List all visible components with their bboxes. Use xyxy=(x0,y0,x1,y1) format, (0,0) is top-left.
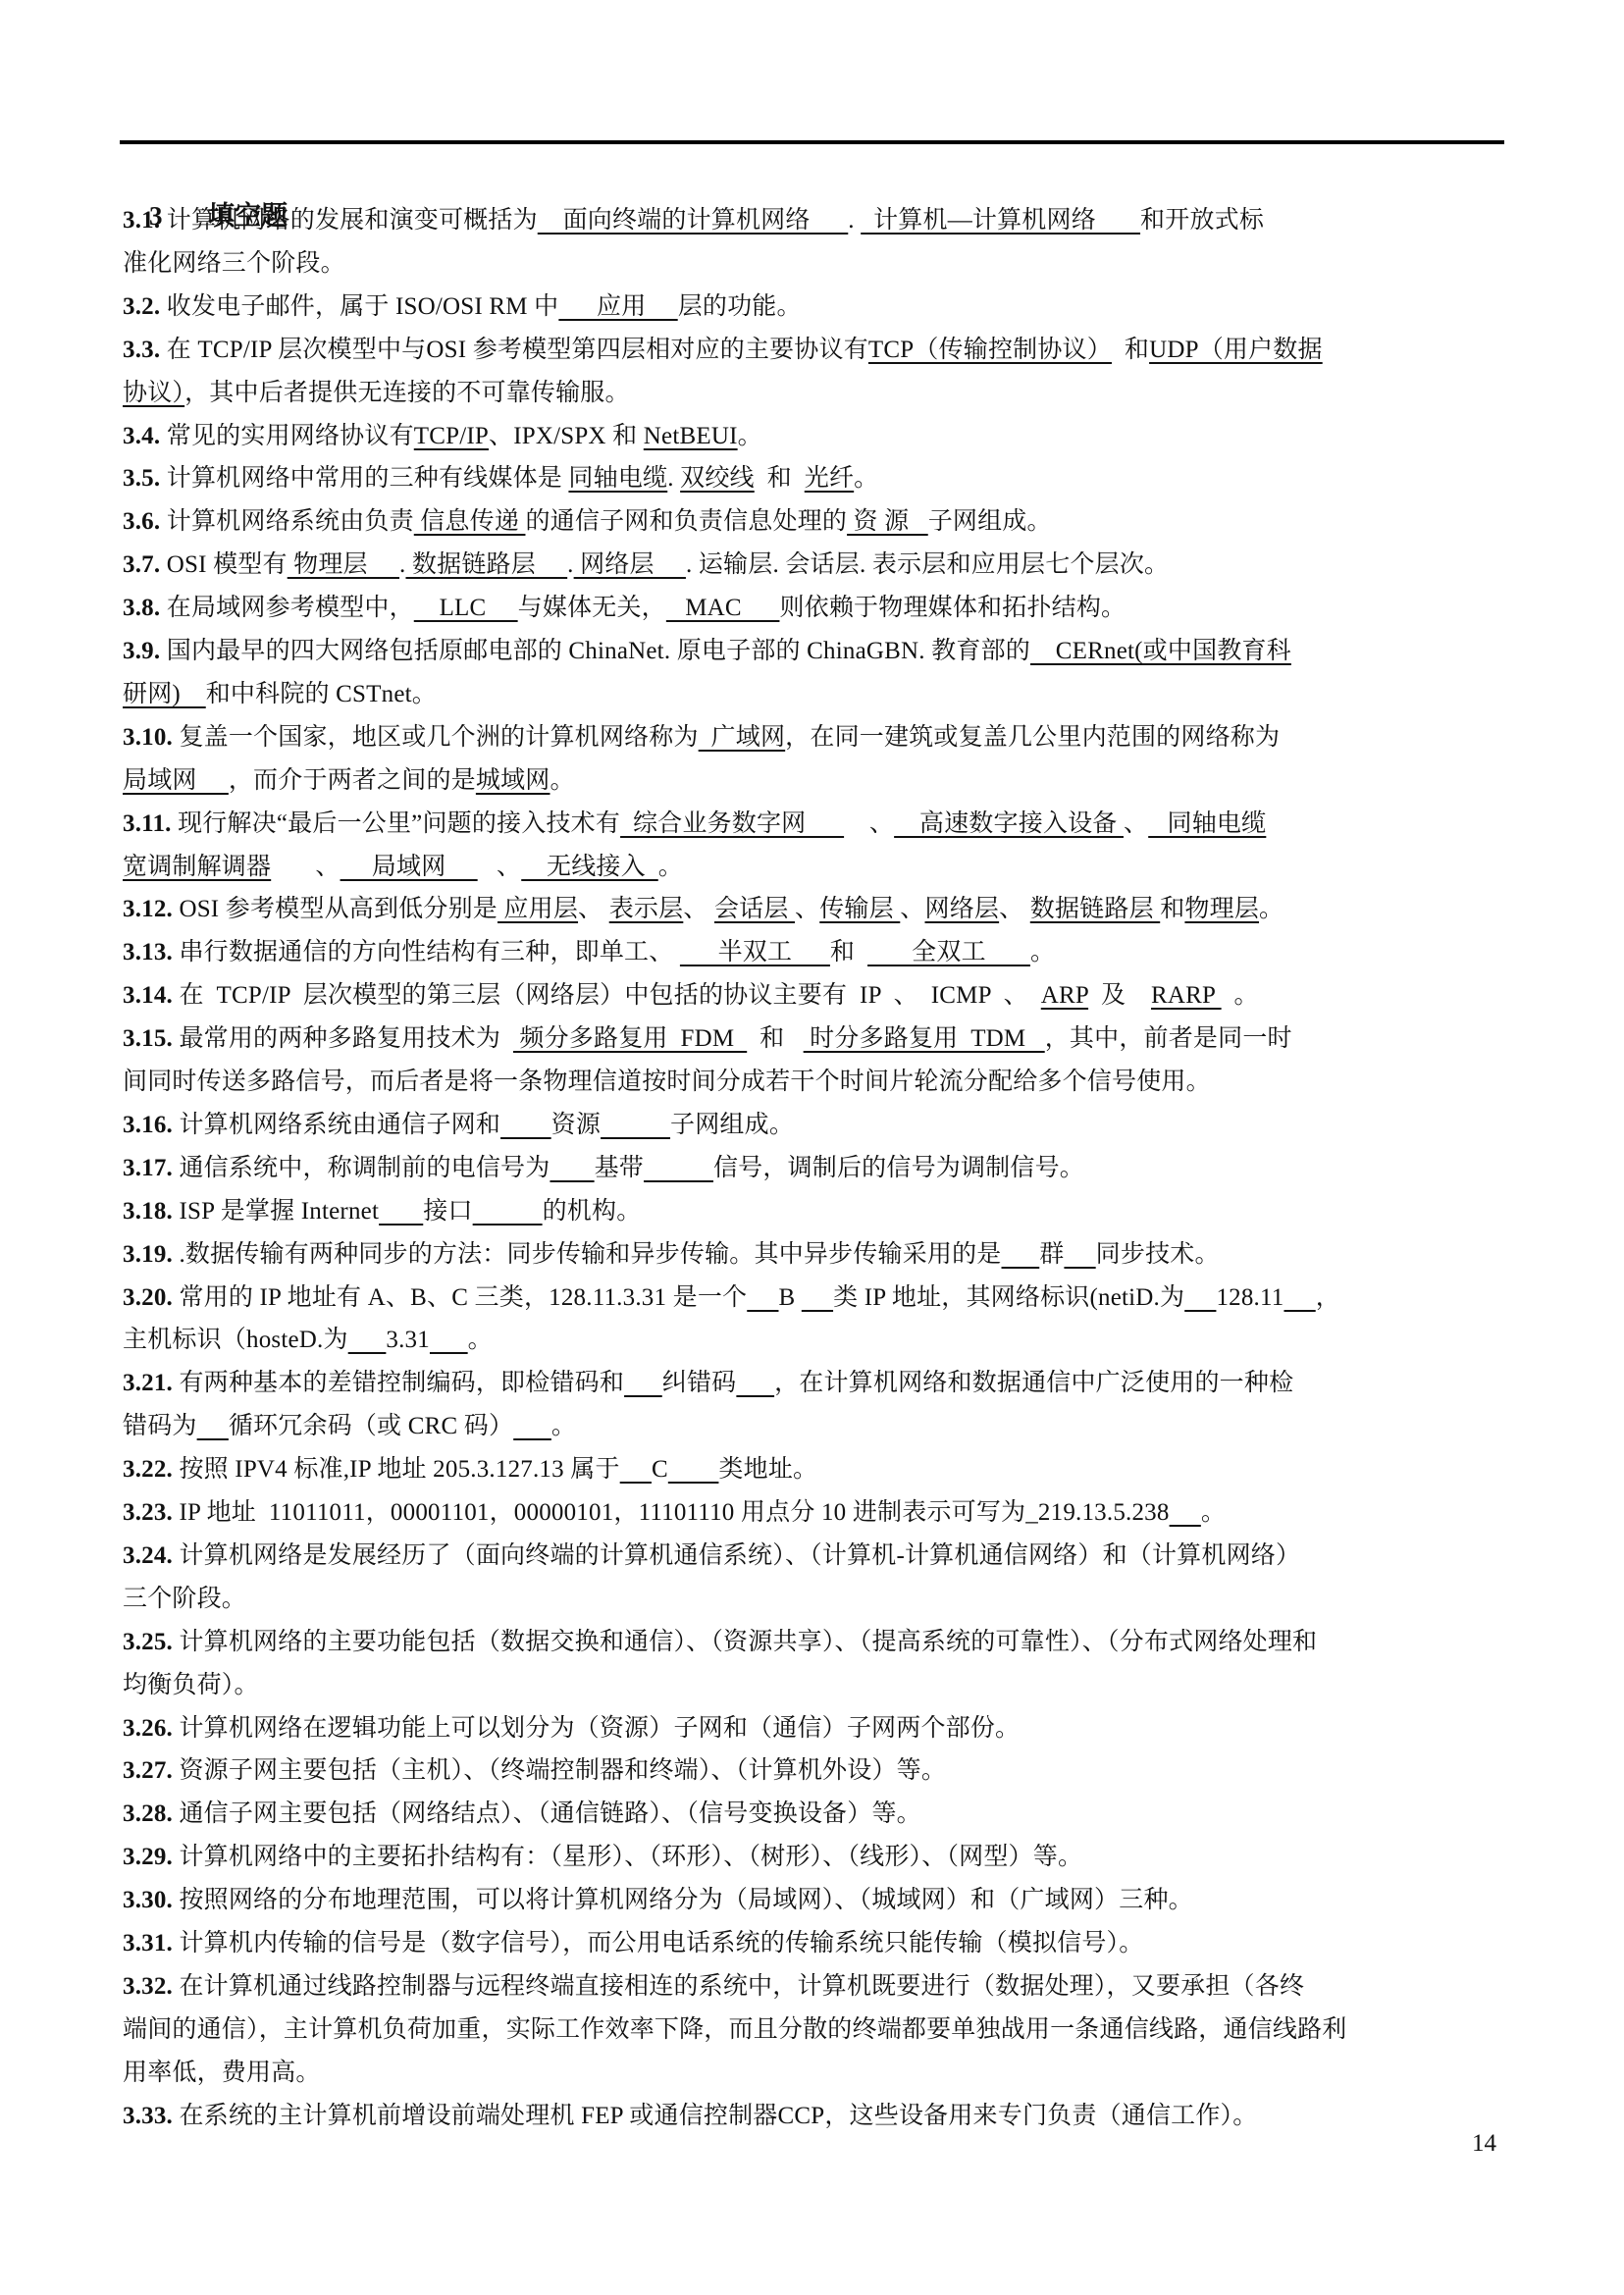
answer-blank: 应用层 xyxy=(498,896,578,922)
question-text: 计算机内传输的信号是（数字信号），而公用电话系统的传输系统只能传输（模拟信号）。 xyxy=(173,1930,1143,1956)
question-number: 3.14. xyxy=(123,982,173,1009)
question-text: ISP 是掌握 Internet xyxy=(173,1198,379,1225)
question-text: 、 xyxy=(795,896,819,922)
question-text: 、 xyxy=(478,854,522,880)
question-text: 有两种基本的差错控制编码，即检错码和 xyxy=(173,1370,624,1396)
question-text: 子网组成。 xyxy=(670,1112,794,1138)
question-line: 3.7. OSI 模型有 物理层 . 数据链路层 . 网络层 . 运输层. 会话… xyxy=(123,546,1169,585)
question-line: 3.30. 按照网络的分布地理范围，可以将计算机网络分为（局域网）、（城域网）和… xyxy=(123,1881,1193,1920)
question-text: . xyxy=(848,207,861,234)
question-line: 3.6. 计算机网络系统由负责 信息传递 的通信子网和负责信息处理的 资 源 子… xyxy=(123,502,1052,542)
answer-blank: 物理层 xyxy=(1184,896,1259,922)
question-text: .数据传输有两种同步的方法：同步传输和异步传输。其中异步传输采用的是 xyxy=(173,1241,1002,1268)
question-line: 3.19. .数据传输有两种同步的方法：同步传输和异步传输。其中异步传输采用的是… xyxy=(123,1235,1220,1275)
answer-blank: TCP/IP xyxy=(414,423,489,449)
answer-blank: 物理层 xyxy=(288,551,399,578)
question-text: 计算机网络的发展和演变可概括为 xyxy=(160,207,537,234)
question-number: 3.31. xyxy=(123,1930,173,1956)
question-text: ， xyxy=(1316,1284,1340,1311)
question-text: 和开放式标 xyxy=(1140,207,1264,234)
answer-blank: 无线接入 xyxy=(521,854,658,880)
question-continuation-line: 间同时传送多路信号，而后者是将一条物理信道按时间分成若干个时间片轮流分配给多个信… xyxy=(123,1063,1211,1102)
question-text: 。 xyxy=(1030,939,1055,965)
question-text: 则依赖于物理媒体和拓扑结构。 xyxy=(779,595,1126,621)
question-continuation-line: 准化网络三个阶段。 xyxy=(123,244,345,284)
question-text: 计算机网络是发展经历了（面向终端的计算机通信系统）、（计算机-计算机通信网络）和… xyxy=(173,1542,1300,1569)
question-text: 、 xyxy=(683,896,714,922)
answer-blank: 频分多路复用 FDM xyxy=(513,1025,747,1052)
question-line: 3.32. 在计算机通过线路控制器与远程终端直接相连的系统中，计算机既要进行（数… xyxy=(123,1967,1304,2007)
question-text: 。 xyxy=(550,767,574,794)
question-line: 3.17. 通信系统中，称调制前的电信号为 基带 信号，调制后的信号为调制信号。 xyxy=(123,1149,1084,1188)
question-number: 3.9. xyxy=(123,638,160,664)
question-text: 国内最早的四大网络包括原邮电部的 ChinaNet. 原电子部的 ChinaGB… xyxy=(160,638,1030,664)
question-number: 3.32. xyxy=(123,1973,173,2000)
answer-blank xyxy=(513,1413,551,1439)
question-text: 同步技术。 xyxy=(1096,1241,1220,1268)
question-line: 3.24. 计算机网络是发展经历了（面向终端的计算机通信系统）、（计算机-计算机… xyxy=(123,1537,1300,1576)
question-text: 、IPX/SPX 和 xyxy=(489,423,644,449)
answer-blank: 数据链路层 xyxy=(1030,896,1160,922)
answer-blank: 局域网 xyxy=(123,767,229,794)
question-line: 3.5. 计算机网络中常用的三种有线媒体是 同轴电缆. 双绞线 和 光纤。 xyxy=(123,459,878,498)
question-text: ，在计算机网络和数据通信中广泛使用的一种检 xyxy=(774,1370,1293,1396)
question-number: 3.16. xyxy=(123,1112,173,1138)
question-line: 3.23. IP 地址 11011011，00001101，00000101，1… xyxy=(123,1493,1226,1533)
answer-blank xyxy=(736,1370,774,1396)
question-text: 和 xyxy=(830,939,867,965)
question-number: 3.29. xyxy=(123,1844,173,1870)
question-text: 端间的通信），主计算机负荷加重，实际工作效率下降，而且分散的终端都要单独战用一条… xyxy=(123,2016,1347,2043)
document-page: 3填空题 3.1. 计算机网络的发展和演变可概括为 面向终端的计算机网络 . 计… xyxy=(0,0,1624,2295)
question-text: 用率低，费用高。 xyxy=(123,2060,321,2086)
question-line: 3.28. 通信子网主要包括（网络结点）、（通信链路）、（信号变换设备）等。 xyxy=(123,1795,921,1834)
question-text: 及 xyxy=(1088,982,1151,1009)
answer-blank xyxy=(550,1155,594,1181)
question-text: 串行数据通信的方向性结构有三种，即单工、 xyxy=(173,939,680,965)
question-number: 3.19. xyxy=(123,1241,173,1268)
question-line: 3.29. 计算机网络中的主要拓扑结构有：（星形）、（环形）、（树形）、（线形）… xyxy=(123,1838,1082,1877)
question-line: 3.10. 复盖一个国家，地区或几个洲的计算机网络称为 广域网，在同一建筑或复盖… xyxy=(123,718,1280,757)
question-line: 3.2. 收发电子邮件，属于 ISO/OSI RM 中 应用 层的功能。 xyxy=(123,287,802,327)
question-text: 。 xyxy=(1222,982,1259,1009)
question-continuation-line: 均衡负荷）。 xyxy=(123,1666,259,1705)
answer-blank: 资 源 xyxy=(847,508,928,535)
answer-blank: 宽调制解调器 xyxy=(123,854,271,880)
question-text: ，其中，前者是同一时 xyxy=(1045,1025,1292,1052)
question-text: 和 xyxy=(1160,896,1184,922)
answer-blank xyxy=(644,1155,713,1181)
question-line: 3.4. 常见的实用网络协议有TCP/IP、IPX/SPX 和 NetBEUI。 xyxy=(123,417,762,456)
question-text: 计算机网络的主要功能包括（数据交换和通信）、（资源共享）、（提高系统的可靠性）、… xyxy=(173,1629,1317,1655)
question-number: 3.23. xyxy=(123,1499,173,1526)
question-text: 。 xyxy=(658,854,683,880)
answer-blank: 综合业务数字网 xyxy=(620,810,844,837)
question-number: 3.3. xyxy=(123,337,160,363)
question-number: 3.21. xyxy=(123,1370,173,1396)
answer-blank: 协议） xyxy=(123,380,184,406)
question-line: 3.13. 串行数据通信的方向性结构有三种，即单工、 半双工 和 全双工 。 xyxy=(123,933,1055,972)
answer-blank xyxy=(668,1456,719,1483)
question-text: ，在同一建筑或复盖几公里内范围的网络称为 xyxy=(785,724,1280,751)
question-text: 、 xyxy=(900,896,924,922)
answer-blank: 信息传递 xyxy=(414,508,526,535)
answer-blank: 同轴电缆 xyxy=(568,465,667,492)
header-rule xyxy=(120,140,1504,144)
question-text: 最常用的两种多路复用技术为 xyxy=(173,1025,513,1052)
question-line: 3.27. 资源子网主要包括（主机）、（终端控制器和终端）、（计算机外设）等。 xyxy=(123,1751,946,1791)
answer-blank: 同轴电缆 xyxy=(1148,810,1266,837)
question-text: 主机标识（hosteD.为 xyxy=(123,1327,348,1353)
question-text: 的通信子网和负责信息处理的 xyxy=(525,508,847,535)
question-text: 计算机网络在逻辑功能上可以划分为（资源）子网和（通信）子网两个部份。 xyxy=(173,1715,1020,1742)
question-text: 现行解决“最后一公里”问题的接入技术有 xyxy=(172,810,620,837)
answer-blank: ARP xyxy=(1041,982,1088,1009)
question-number: 3.5. xyxy=(123,465,160,492)
section-heading: 3填空题 xyxy=(123,157,288,196)
question-text: 通信子网主要包括（网络结点）、（通信链路）、（信号变换设备）等。 xyxy=(173,1800,921,1827)
question-text: 与媒体无关， xyxy=(518,595,666,621)
answer-blank xyxy=(620,1456,652,1483)
question-number: 3.2. xyxy=(123,293,160,320)
answer-blank: 时分多路复用 TDM xyxy=(804,1025,1045,1052)
question-text: 循环冗余码（或 CRC 码） xyxy=(229,1413,513,1439)
question-text: 子网组成。 xyxy=(928,508,1052,535)
question-line: 3.31. 计算机内传输的信号是（数字信号），而公用电话系统的传输系统只能传输（… xyxy=(123,1924,1143,1963)
question-text: 间同时传送多路信号，而后者是将一条物理信道按时间分成若干个时间片轮流分配给多个信… xyxy=(123,1069,1211,1095)
question-number: 3.22. xyxy=(123,1456,173,1483)
question-text: 三个阶段。 xyxy=(123,1586,246,1612)
question-line: 3.25. 计算机网络的主要功能包括（数据交换和通信）、（资源共享）、（提高系统… xyxy=(123,1623,1317,1662)
question-continuation-line: 用率低，费用高。 xyxy=(123,2054,321,2093)
answer-blank: LLC xyxy=(414,595,518,621)
answer-blank: 局域网 xyxy=(341,854,478,880)
question-line: 3.22. 按照 IPV4 标准,IP 地址 205.3.127.13 属于 C… xyxy=(123,1450,817,1489)
answer-blank: 表示层 xyxy=(609,896,684,922)
question-line: 3.26. 计算机网络在逻辑功能上可以划分为（资源）子网和（通信）子网两个部份。 xyxy=(123,1709,1020,1748)
answer-blank: 广域网 xyxy=(699,724,786,751)
answer-blank: 面向终端的计算机网络 xyxy=(538,207,849,234)
answer-blank xyxy=(379,1198,423,1225)
question-number: 3.15. xyxy=(123,1025,173,1052)
answer-blank: 光纤 xyxy=(805,465,854,492)
question-text: . xyxy=(667,465,680,492)
question-line: 3.1. 计算机网络的发展和演变可概括为 面向终端的计算机网络 . 计算机—计算… xyxy=(123,201,1264,240)
question-text: 收发电子邮件，属于 ISO/OSI RM 中 xyxy=(160,293,558,320)
question-text: 3.31 xyxy=(386,1327,430,1353)
answer-blank xyxy=(473,1198,543,1225)
question-number: 3.24. xyxy=(123,1542,173,1569)
question-text: OSI 参考模型从高到低分别是 xyxy=(173,896,498,922)
answer-blank: 传输层 xyxy=(819,896,900,922)
answer-blank: 会话层 xyxy=(714,896,795,922)
question-text: 、 xyxy=(1124,810,1148,837)
question-number: 3.10. xyxy=(123,724,173,751)
question-continuation-line: 主机标识（hosteD.为 3.31 。 xyxy=(123,1321,493,1360)
question-line: 3.20. 常用的 IP 地址有 A、B、C 三类，128.11.3.31 是一… xyxy=(123,1278,1340,1318)
question-line: 3.15. 最常用的两种多路复用技术为 频分多路复用 FDM 和 时分多路复用 … xyxy=(123,1019,1292,1059)
question-number: 3.13. xyxy=(123,939,173,965)
question-text: 和 xyxy=(755,465,805,492)
question-text: 按照网络的分布地理范围，可以将计算机网络分为（局域网）、（城域网）和（广域网）三… xyxy=(173,1887,1193,1913)
question-number: 3.28. xyxy=(123,1800,173,1827)
answer-blank xyxy=(747,1284,778,1311)
answer-blank: 研网) xyxy=(123,681,206,707)
question-text: C xyxy=(652,1456,668,1483)
answer-blank: 双绞线 xyxy=(680,465,755,492)
question-number: 3.6. xyxy=(123,508,160,535)
answer-blank: 全双工 xyxy=(867,939,1030,965)
answer-blank xyxy=(1184,1284,1216,1311)
answer-blank: UDP（用户数据 xyxy=(1149,337,1323,363)
question-text: 计算机网络系统由通信子网和 xyxy=(173,1112,500,1138)
question-text: 接口 xyxy=(423,1198,472,1225)
answer-blank xyxy=(1283,1284,1315,1311)
answer-blank: 网络层 xyxy=(574,551,686,578)
question-text: 、 xyxy=(999,896,1030,922)
answer-blank xyxy=(1170,1499,1201,1526)
question-text: 基带 xyxy=(595,1155,644,1181)
question-number: 3.25. xyxy=(123,1629,173,1655)
question-number: 3.1. xyxy=(123,207,160,234)
question-text: 类 IP 地址，其网络标识(netiD.为 xyxy=(833,1284,1184,1311)
answer-blank: TCP（传输控制协议） xyxy=(868,337,1112,363)
question-text: 和中科院的 CSTnet。 xyxy=(206,681,437,707)
answer-blank xyxy=(802,1284,833,1311)
question-text: ，而介于两者之间的是 xyxy=(229,767,476,794)
question-text: 。 xyxy=(468,1327,493,1353)
question-continuation-line: 错码为 循环冗余码（或 CRC 码） 。 xyxy=(123,1407,576,1446)
page-number: 14 xyxy=(1472,2129,1496,2159)
question-continuation-line: 端间的通信），主计算机负荷加重，实际工作效率下降，而且分散的终端都要单独战用一条… xyxy=(123,2010,1347,2050)
question-text: 资源 xyxy=(551,1112,601,1138)
question-number: 3.30. xyxy=(123,1887,173,1913)
question-number: 3.8. xyxy=(123,595,160,621)
question-text: 通信系统中，称调制前的电信号为 xyxy=(173,1155,550,1181)
answer-blank: CERnet(或中国教育科 xyxy=(1030,638,1291,664)
answer-blank: 计算机—计算机网络 xyxy=(861,207,1140,234)
question-line: 3.12. OSI 参考模型从高到低分别是 应用层、 表示层、 会话层 、传输层… xyxy=(123,890,1283,929)
answer-blank xyxy=(197,1413,229,1439)
answer-blank: 城域网 xyxy=(476,767,550,794)
question-number: 3.20. xyxy=(123,1284,173,1311)
answer-blank xyxy=(430,1327,468,1353)
question-text: 常用的 IP 地址有 A、B、C 三类，128.11.3.31 是一个 xyxy=(173,1284,747,1311)
question-text: 计算机网络中的主要拓扑结构有：（星形）、（环形）、（树形）、（线形）、（网型）等… xyxy=(173,1844,1082,1870)
question-number: 3.7. xyxy=(123,551,160,578)
question-continuation-line: 三个阶段。 xyxy=(123,1580,246,1619)
question-text: 信号，调制后的信号为调制信号。 xyxy=(713,1155,1084,1181)
answer-blank: NetBEUI xyxy=(644,423,738,449)
question-text: IP 地址 11011011，00001101，00000101，1110111… xyxy=(173,1499,1170,1526)
question-text: 、 xyxy=(578,896,609,922)
question-number: 3.4. xyxy=(123,423,160,449)
question-text: B xyxy=(778,1284,801,1311)
answer-blank: 网络层 xyxy=(925,896,1000,922)
question-line: 3.21. 有两种基本的差错控制编码，即检错码和 纠错码 ，在计算机网络和数据通… xyxy=(123,1364,1293,1403)
question-text: 在 TCP/IP 层次模型中与OSI 参考模型第四层相对应的主要协议有 xyxy=(160,337,868,363)
question-text: 群 xyxy=(1039,1241,1064,1268)
question-text: 资源子网主要包括（主机）、（终端控制器和终端）、（计算机外设）等。 xyxy=(173,1757,946,1784)
answer-blank: 应用 xyxy=(558,293,677,320)
question-text: 在计算机通过线路控制器与远程终端直接相连的系统中，计算机既要进行（数据处理），又… xyxy=(173,1973,1304,2000)
question-text: 在局域网参考模型中， xyxy=(160,595,413,621)
question-text: 的机构。 xyxy=(543,1198,642,1225)
question-number: 3.27. xyxy=(123,1757,173,1784)
question-text: 层的功能。 xyxy=(678,293,802,320)
question-text: . 运输层. 会话层. 表示层和应用层七个层次。 xyxy=(686,551,1169,578)
answer-blank xyxy=(601,1112,670,1138)
question-text: ，其中后者提供无连接的不可靠传输服。 xyxy=(184,380,630,406)
question-text: 均衡负荷）。 xyxy=(123,1672,259,1698)
question-line: 3.14. 在 TCP/IP 层次模型的第三层（网络层）中包括的协议主要有 IP… xyxy=(123,976,1259,1016)
question-text: 复盖一个国家，地区或几个洲的计算机网络称为 xyxy=(173,724,699,751)
question-number: 3.26. xyxy=(123,1715,173,1742)
question-text: 纠错码 xyxy=(662,1370,737,1396)
question-number: 3.18. xyxy=(123,1198,173,1225)
question-line: 3.11. 现行解决“最后一公里”问题的接入技术有 综合业务数字网 、 高速数字… xyxy=(123,805,1266,844)
question-number: 3.11. xyxy=(123,810,172,837)
question-text: OSI 模型有 xyxy=(160,551,287,578)
answer-blank xyxy=(624,1370,662,1396)
question-text: 和 xyxy=(1112,337,1149,363)
question-continuation-line: 局域网 ，而介于两者之间的是城域网。 xyxy=(123,761,575,801)
question-line: 3.33. 在系统的主计算机前增设前端处理机 FEP 或通信控制器CCP，这些设… xyxy=(123,2097,1257,2136)
question-continuation-line: 宽调制解调器 、 局域网 、 无线接入 。 xyxy=(123,848,683,887)
question-text: 在 TCP/IP 层次模型的第三层（网络层）中包括的协议主要有 IP 、 ICM… xyxy=(173,982,1041,1009)
answer-blank xyxy=(348,1327,387,1353)
question-text: 按照 IPV4 标准,IP 地址 205.3.127.13 属于 xyxy=(173,1456,620,1483)
question-text: 常见的实用网络协议有 xyxy=(160,423,413,449)
question-text: 。 xyxy=(1259,896,1283,922)
answer-blank: 数据链路层 xyxy=(405,551,567,578)
question-number: 3.33. xyxy=(123,2103,173,2129)
question-text: 。 xyxy=(854,465,878,492)
question-text: 。 xyxy=(1201,1499,1226,1526)
answer-blank xyxy=(500,1112,551,1138)
question-text: 、 xyxy=(271,854,340,880)
answer-blank xyxy=(1002,1241,1040,1268)
question-text: 计算机网络中常用的三种有线媒体是 xyxy=(160,465,568,492)
answer-blank xyxy=(1064,1241,1095,1268)
question-line: 3.18. ISP 是掌握 Internet 接口 的机构。 xyxy=(123,1192,641,1231)
question-number: 3.17. xyxy=(123,1155,173,1181)
question-number: 3.12. xyxy=(123,896,173,922)
question-text: 128.11 xyxy=(1216,1284,1283,1311)
question-text: 、 xyxy=(844,810,894,837)
question-line: 3.3. 在 TCP/IP 层次模型中与OSI 参考模型第四层相对应的主要协议有… xyxy=(123,331,1323,370)
answer-blank: 高速数字接入设备 xyxy=(894,810,1124,837)
question-line: 3.8. 在局域网参考模型中， LLC 与媒体无关， MAC 则依赖于物理媒体和… xyxy=(123,589,1126,628)
question-text: 在系统的主计算机前增设前端处理机 FEP 或通信控制器CCP，这些设备用来专门负… xyxy=(173,2103,1257,2129)
question-text: 错码为 xyxy=(123,1413,197,1439)
question-text: 和 xyxy=(747,1025,803,1052)
answer-blank: 半双工 xyxy=(680,939,830,965)
question-line: 3.16. 计算机网络系统由通信子网和 资源 子网组成。 xyxy=(123,1106,794,1145)
question-line: 3.9. 国内最早的四大网络包括原邮电部的 ChinaNet. 原电子部的 Ch… xyxy=(123,632,1291,671)
question-continuation-line: 研网) 和中科院的 CSTnet。 xyxy=(123,675,437,714)
question-text: 。 xyxy=(738,423,762,449)
question-continuation-line: 协议），其中后者提供无连接的不可靠传输服。 xyxy=(123,374,630,413)
answer-blank: RARP xyxy=(1151,982,1222,1009)
answer-blank: MAC xyxy=(666,595,780,621)
question-text: 类地址。 xyxy=(718,1456,817,1483)
question-text: 。 xyxy=(551,1413,576,1439)
question-text: 准化网络三个阶段。 xyxy=(123,250,345,277)
question-text: 计算机网络系统由负责 xyxy=(160,508,413,535)
